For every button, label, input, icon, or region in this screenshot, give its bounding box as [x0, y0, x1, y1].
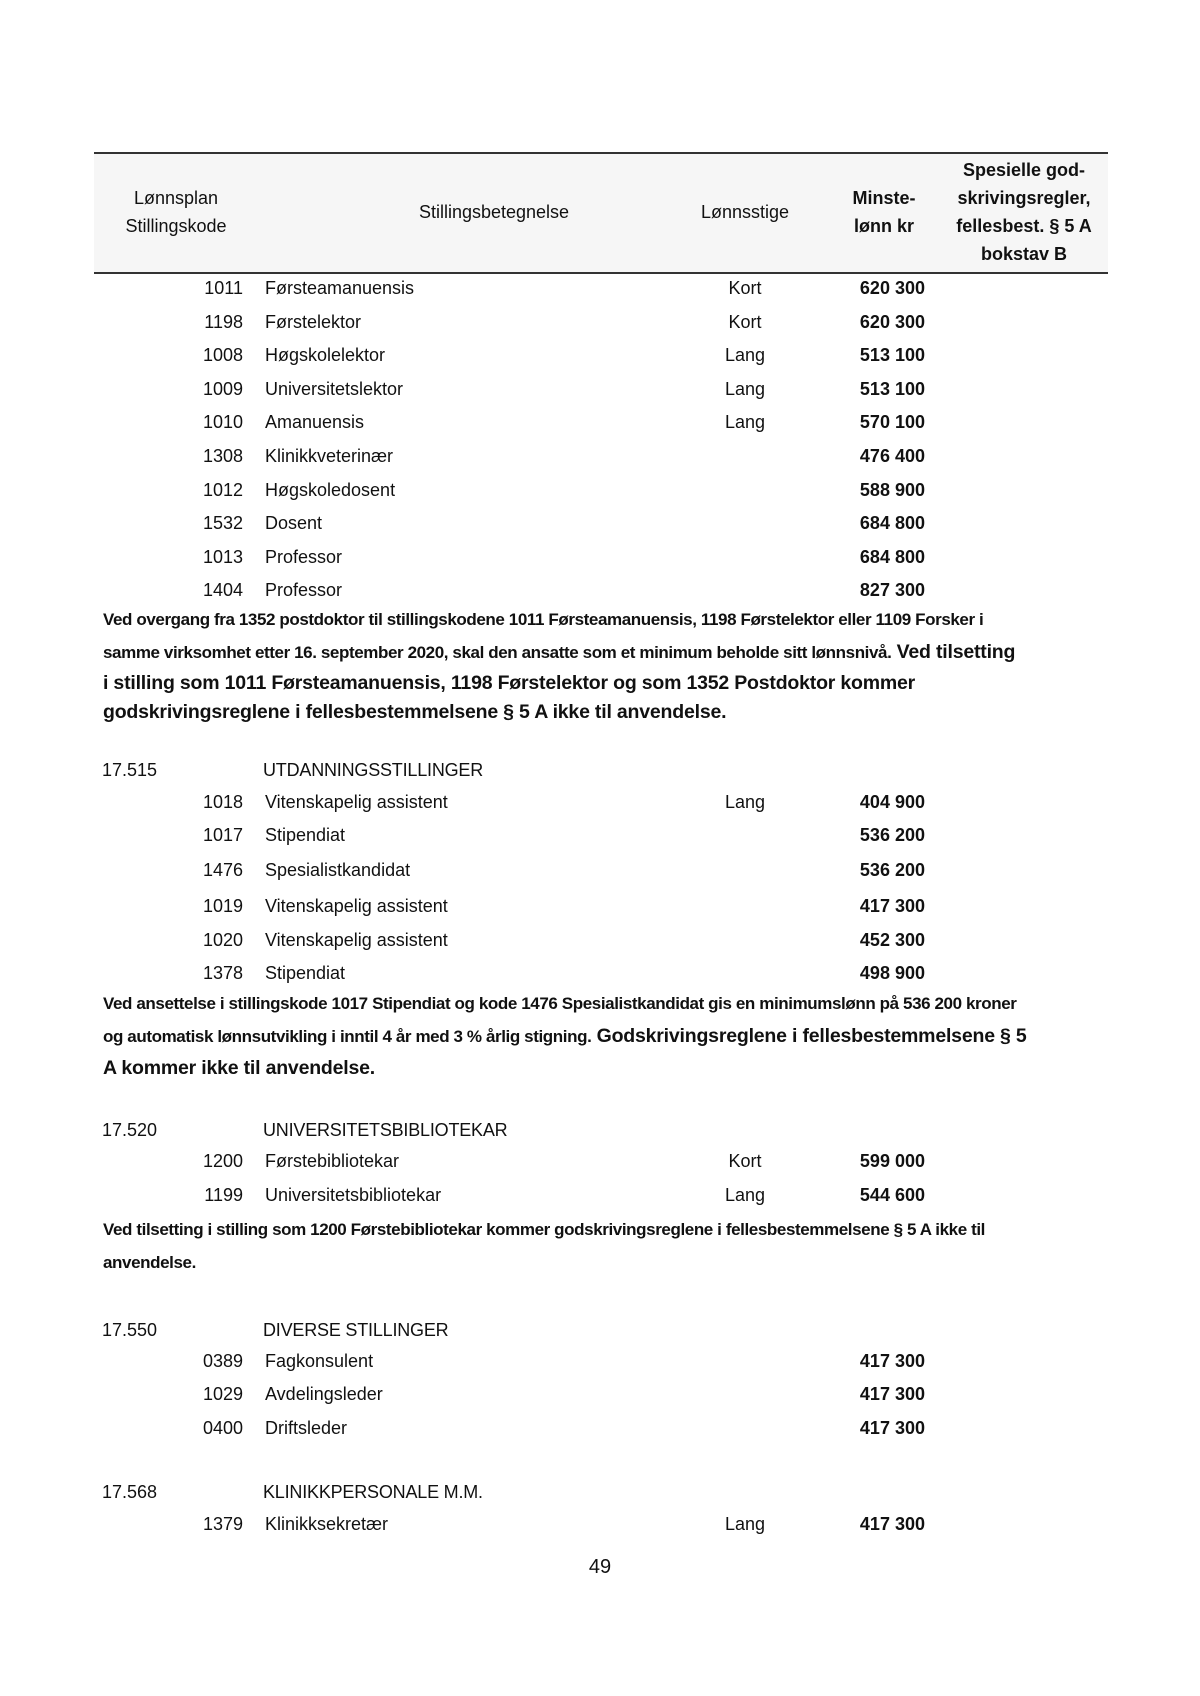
position-code: 1020 — [168, 930, 243, 951]
table-row: 1008HøgskolelektorLang513 100 — [0, 341, 1200, 373]
position-title: Stipendiat — [265, 963, 345, 984]
minimum-salary: 417 300 — [820, 1384, 925, 1405]
header-min-salary: Minste- lønn kr — [834, 184, 934, 240]
position-title: Høgskoledosent — [265, 480, 395, 501]
table-header: Lønnsplan Stillingskode Stillingsbetegne… — [94, 152, 1108, 274]
salary-ladder: Lang — [700, 792, 790, 813]
position-code: 1198 — [168, 312, 243, 333]
table1-note-line3: i stilling som 1011 Førsteamanuensis, 11… — [103, 669, 1113, 698]
section-17515-note-line2: og automatisk lønnsutvikling i inntil 4 … — [103, 1020, 1113, 1053]
salary-ladder: Lang — [700, 1514, 790, 1535]
table-row: 1476Spesialistkandidat536 200 — [0, 856, 1200, 888]
minimum-salary: 513 100 — [820, 345, 925, 366]
position-title: Fagkonsulent — [265, 1351, 373, 1372]
header-special-line3: fellesbest. § 5 A — [939, 212, 1109, 240]
position-code: 1008 — [168, 345, 243, 366]
salary-ladder: Lang — [700, 412, 790, 433]
minimum-salary: 417 300 — [820, 896, 925, 917]
position-code: 1532 — [168, 513, 243, 534]
section-17520-note: Ved tilsetting i stilling som 1200 Først… — [103, 1213, 1113, 1279]
table-row: 1379KlinikksekretærLang417 300 — [0, 1510, 1200, 1542]
table-row: 1198FørstelektorKort620 300 — [0, 308, 1200, 340]
position-code: 1012 — [168, 480, 243, 501]
position-title: Førstebibliotekar — [265, 1151, 399, 1172]
position-code: 1199 — [168, 1185, 243, 1206]
table1-note-line2: samme virksomhet etter 16. september 202… — [103, 636, 1113, 669]
position-code: 0400 — [168, 1418, 243, 1439]
table1-note: Ved overgang fra 1352 postdoktor til sti… — [103, 603, 1113, 727]
salary-ladder: Kort — [700, 278, 790, 299]
table-row: 1019Vitenskapelig assistent417 300 — [0, 892, 1200, 924]
section-number: 17.550 — [102, 1320, 157, 1341]
section-number: 17.520 — [102, 1120, 157, 1141]
position-title: Avdelingsleder — [265, 1384, 383, 1405]
salary-ladder: Lang — [700, 1185, 790, 1206]
table-row: 1011FørsteamanuensisKort620 300 — [0, 274, 1200, 306]
position-title: Stipendiat — [265, 825, 345, 846]
section-17520-note-line1: Ved tilsetting i stilling som 1200 Først… — [103, 1213, 1113, 1246]
header-min-line2: lønn kr — [834, 212, 934, 240]
section-name: DIVERSE STILLINGER — [263, 1320, 448, 1341]
table-row: 1308Klinikkveterinær476 400 — [0, 442, 1200, 474]
table1-note-line4: godskrivingsreglene i fellesbestemmelsen… — [103, 698, 1113, 727]
table-row: 1199UniversitetsbibliotekarLang544 600 — [0, 1181, 1200, 1213]
minimum-salary: 827 300 — [820, 580, 925, 601]
header-special-line2: skrivingsregler, — [939, 184, 1109, 212]
minimum-salary: 620 300 — [820, 278, 925, 299]
salary-ladder: Kort — [700, 312, 790, 333]
salary-ladder: Lang — [700, 379, 790, 400]
position-title: Klinikksekretær — [265, 1514, 388, 1535]
position-code: 1378 — [168, 963, 243, 984]
header-code-line1: Lønnsplan — [106, 184, 246, 212]
minimum-salary: 476 400 — [820, 446, 925, 467]
section-17515-note-line1: Ved ansettelse i stillingskode 1017 Stip… — [103, 987, 1113, 1020]
position-title: Dosent — [265, 513, 322, 534]
position-title: Driftsleder — [265, 1418, 347, 1439]
position-code: 1308 — [168, 446, 243, 467]
section-name: KLINIKKPERSONALE M.M. — [263, 1482, 483, 1503]
section-17520-note-line2: anvendelse. — [103, 1246, 1113, 1279]
minimum-salary: 498 900 — [820, 963, 925, 984]
minimum-salary: 588 900 — [820, 480, 925, 501]
minimum-salary: 620 300 — [820, 312, 925, 333]
position-code: 1017 — [168, 825, 243, 846]
table-row: 1018Vitenskapelig assistentLang404 900 — [0, 788, 1200, 820]
position-code: 1011 — [168, 278, 243, 299]
table-row: 1020Vitenskapelig assistent452 300 — [0, 926, 1200, 958]
table-row: 1029Avdelingsleder417 300 — [0, 1380, 1200, 1412]
position-code: 1379 — [168, 1514, 243, 1535]
position-code: 1018 — [168, 792, 243, 813]
salary-ladder: Kort — [700, 1151, 790, 1172]
position-title: Universitetsbibliotekar — [265, 1185, 441, 1206]
minimum-salary: 404 900 — [820, 792, 925, 813]
header-special-line4: bokstav B — [939, 240, 1109, 268]
minimum-salary: 417 300 — [820, 1514, 925, 1535]
table-row: 1009UniversitetslektorLang513 100 — [0, 375, 1200, 407]
position-code: 1404 — [168, 580, 243, 601]
table-row: 1017Stipendiat536 200 — [0, 821, 1200, 853]
page-number: 49 — [0, 1556, 1200, 1579]
position-title: Førsteamanuensis — [265, 278, 414, 299]
header-min-line1: Minste- — [834, 184, 934, 212]
section-number: 17.568 — [102, 1482, 157, 1503]
position-title: Vitenskapelig assistent — [265, 896, 448, 917]
section-17515-note-line3: A kommer ikke til anvendelse. — [103, 1053, 1113, 1083]
header-special-rules: Spesielle god- skrivingsregler, fellesbe… — [939, 156, 1109, 268]
position-code: 0389 — [168, 1351, 243, 1372]
table-row: 0389Fagkonsulent417 300 — [0, 1347, 1200, 1379]
position-code: 1019 — [168, 896, 243, 917]
table-row: 1010AmanuensisLang570 100 — [0, 408, 1200, 440]
minimum-salary: 536 200 — [820, 860, 925, 881]
minimum-salary: 544 600 — [820, 1185, 925, 1206]
header-title: Stillingsbetegnelse — [364, 198, 624, 226]
position-code: 1200 — [168, 1151, 243, 1172]
table-row: 1012Høgskoledosent588 900 — [0, 476, 1200, 508]
minimum-salary: 570 100 — [820, 412, 925, 433]
position-code: 1009 — [168, 379, 243, 400]
header-ladder: Lønnsstige — [700, 198, 790, 226]
table-row: 1200FørstebibliotekarKort599 000 — [0, 1147, 1200, 1179]
minimum-salary: 536 200 — [820, 825, 925, 846]
table-row: 1532Dosent684 800 — [0, 509, 1200, 541]
position-title: Vitenskapelig assistent — [265, 792, 448, 813]
position-title: Vitenskapelig assistent — [265, 930, 448, 951]
header-special-line1: Spesielle god- — [939, 156, 1109, 184]
position-code: 1029 — [168, 1384, 243, 1405]
position-code: 1010 — [168, 412, 243, 433]
table1-note-line1: Ved overgang fra 1352 postdoktor til sti… — [103, 603, 1113, 636]
table-row: 0400Driftsleder417 300 — [0, 1414, 1200, 1446]
header-code: Lønnsplan Stillingskode — [106, 184, 246, 240]
position-code: 1013 — [168, 547, 243, 568]
section-name: UTDANNINGSSTILLINGER — [263, 760, 483, 781]
position-title: Universitetslektor — [265, 379, 403, 400]
minimum-salary: 599 000 — [820, 1151, 925, 1172]
section-name: UNIVERSITETSBIBLIOTEKAR — [263, 1120, 507, 1141]
header-code-line2: Stillingskode — [106, 212, 246, 240]
position-title: Professor — [265, 580, 342, 601]
minimum-salary: 417 300 — [820, 1351, 925, 1372]
section-17515-note: Ved ansettelse i stillingskode 1017 Stip… — [103, 987, 1113, 1083]
position-title: Høgskolelektor — [265, 345, 385, 366]
position-code: 1476 — [168, 860, 243, 881]
position-title: Spesialistkandidat — [265, 860, 410, 881]
minimum-salary: 684 800 — [820, 513, 925, 534]
position-title: Amanuensis — [265, 412, 364, 433]
minimum-salary: 513 100 — [820, 379, 925, 400]
position-title: Førstelektor — [265, 312, 361, 333]
position-title: Klinikkveterinær — [265, 446, 393, 467]
minimum-salary: 417 300 — [820, 1418, 925, 1439]
minimum-salary: 452 300 — [820, 930, 925, 951]
minimum-salary: 684 800 — [820, 547, 925, 568]
section-number: 17.515 — [102, 760, 157, 781]
salary-ladder: Lang — [700, 345, 790, 366]
table-row: 1013Professor684 800 — [0, 543, 1200, 575]
position-title: Professor — [265, 547, 342, 568]
